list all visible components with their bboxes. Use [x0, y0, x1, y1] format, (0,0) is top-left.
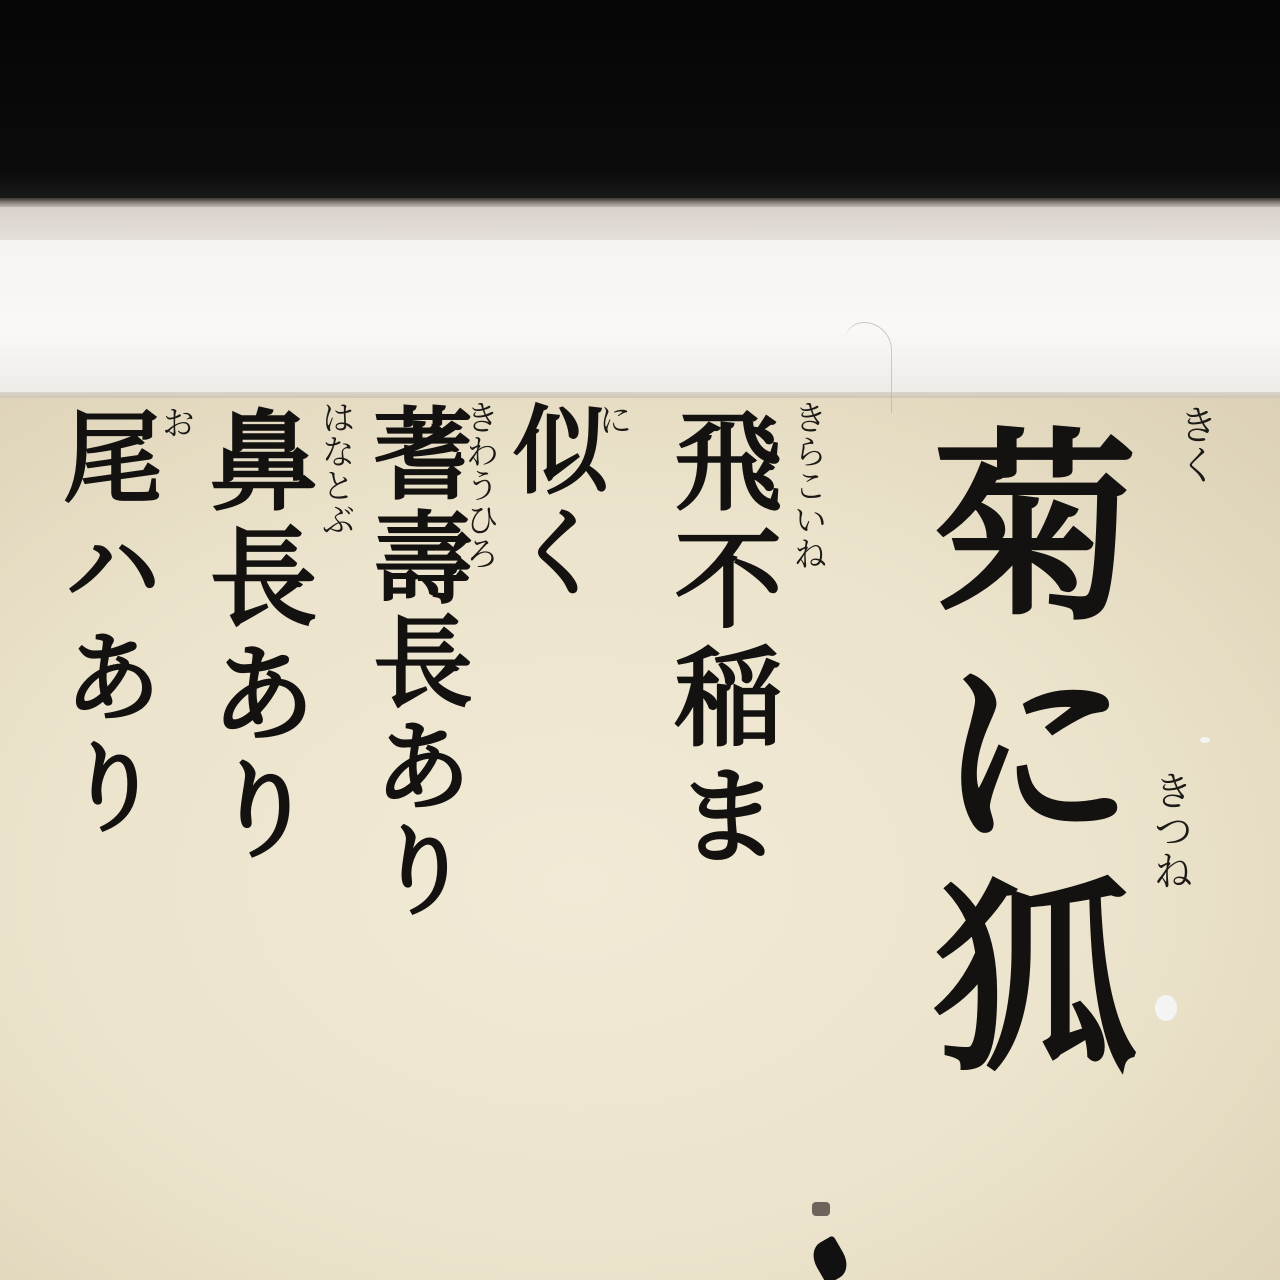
- column-4: 蓍壽長あり: [365, 402, 465, 922]
- white-blemish: [1155, 995, 1177, 1021]
- column-2: 飛不稲ま: [665, 405, 773, 877]
- black-frame: [0, 0, 1280, 200]
- ruby-column-5: はなとぶ: [318, 400, 352, 536]
- column-3: 似く: [505, 400, 601, 604]
- column-5: 鼻長あり: [200, 405, 308, 869]
- dark-speck: [812, 1202, 830, 1216]
- white-mat: [0, 240, 1280, 394]
- ruby-column-4: きわうひろ: [462, 400, 496, 570]
- main-column: 菊に狐: [915, 420, 1120, 1095]
- ruby-kitsune: きつね: [1150, 770, 1190, 890]
- ruby-kiku: きく: [1175, 404, 1215, 484]
- mat-bevel: [0, 207, 1280, 241]
- ruby-column-3: に: [595, 402, 629, 436]
- ruby-column-6: お: [158, 405, 192, 439]
- ruby-column-2: きらこいね: [790, 400, 824, 570]
- column-6: 尾ハあり: [55, 405, 155, 845]
- white-blemish-small: [1200, 737, 1210, 743]
- stray-hair: [845, 322, 892, 413]
